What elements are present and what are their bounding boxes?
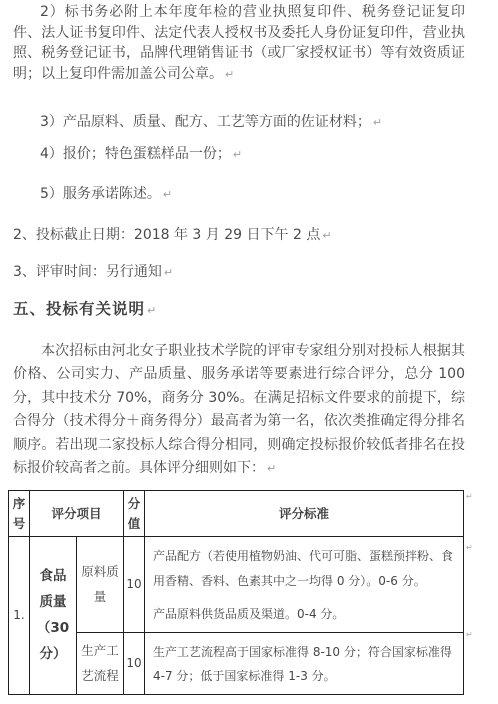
- paragraph-text: 3）产品原料、质量、配方、工艺等方面的佐证材料；: [40, 114, 371, 130]
- return-mark: ↵: [322, 229, 331, 242]
- cell-item-raw-material-quality: 原料质量: [77, 537, 124, 633]
- table-row-production-process: 生产工艺流程 10 生产工艺流程高于国家标准得 8-10 分；符合国家标准得 4…: [9, 632, 464, 694]
- paragraph-text: 2）标书务必附上本年度年检的营业执照复印件、税务登记证复印件、法人证书复印件、法…: [13, 4, 465, 82]
- document-page: 2）标书务必附上本年度年检的营业执照复印件、税务登记证复印件、法人证书复印件、法…: [0, 0, 498, 704]
- heading-text: 五、投标有关说明: [13, 300, 145, 318]
- scoring-table: 序号 评分项目 分值 评分标准 1. 食品质量（30分） 原料质量 10 产品配…: [8, 490, 464, 695]
- table-row-end-mark: ↵: [466, 543, 473, 552]
- cell-score-value: 10: [124, 632, 145, 694]
- table-header-row: 序号 评分项目 分值 评分标准: [9, 491, 464, 537]
- return-mark: ↵: [225, 68, 234, 81]
- header-scoring-item: 评分项目: [30, 491, 124, 537]
- paragraph-review-time: 3、评审时间：另行通知↵: [13, 262, 465, 284]
- criteria-paragraph: 生产工艺流程高于国家标准得 8-10 分；符合国家标准得 4-7 分；低于国家标…: [153, 640, 455, 689]
- return-mark: ↵: [373, 116, 382, 129]
- return-mark: ↵: [147, 304, 157, 317]
- criteria-paragraph: 产品原料供货品质及渠道。0-4 分。: [153, 602, 455, 627]
- criteria-paragraph: 产品配方（若使用植物奶油、代可可脂、蛋糕预拌粉、食用香精、香料、色素其中之一均得…: [153, 544, 455, 593]
- section-heading-bid-notes: 五、投标有关说明↵: [13, 297, 157, 319]
- return-mark: ↵: [267, 462, 276, 475]
- return-mark: ↵: [233, 148, 242, 161]
- paragraph-text: 2、投标截止日期：2018 年 3 月 29 日下午 2 点: [13, 227, 320, 243]
- header-scoring-standard: 评分标准: [145, 491, 464, 537]
- cell-row-number: 1.: [9, 537, 30, 695]
- return-mark: ↵: [163, 188, 172, 201]
- paragraph-text: 4）报价；特色蛋糕样品一份；: [40, 146, 231, 162]
- cell-category-food-quality: 食品质量（30分）: [30, 537, 77, 695]
- paragraph-text: 本次招标由河北女子职业技术学院的评审专家组分别对投标人根据其价格、公司实力、产品…: [13, 343, 465, 476]
- return-mark: ↵: [164, 266, 173, 279]
- paragraph-item-4-quote-sample: 4）报价；特色蛋糕样品一份；↵: [13, 144, 465, 166]
- table-row-end-mark: ↵: [466, 492, 473, 501]
- paragraph-required-copies: 2）标书务必附上本年度年检的营业执照复印件、税务登记证复印件、法人证书复印件、法…: [13, 2, 465, 86]
- paragraph-item-3-materials: 3）产品原料、质量、配方、工艺等方面的佐证材料；↵: [13, 112, 465, 134]
- paragraph-scoring-explanation: 本次招标由河北女子职业技术学院的评审专家组分别对投标人根据其价格、公司实力、产品…: [13, 340, 465, 480]
- header-score-value: 分值: [124, 491, 145, 537]
- cell-criteria: 产品配方（若使用植物奶油、代可可脂、蛋糕预拌粉、食用香精、香料、色素其中之一均得…: [145, 537, 464, 633]
- paragraph-item-5-service-promise: 5）服务承诺陈述。↵: [13, 184, 465, 206]
- paragraph-text: 5）服务承诺陈述。: [40, 186, 161, 202]
- header-serial-number: 序号: [9, 491, 30, 537]
- cell-criteria: 生产工艺流程高于国家标准得 8-10 分；符合国家标准得 4-7 分；低于国家标…: [145, 632, 464, 694]
- cell-item-production-process: 生产工艺流程: [77, 632, 124, 694]
- cell-score-value: 10: [124, 537, 145, 633]
- table-row-raw-material: 1. 食品质量（30分） 原料质量 10 产品配方（若使用植物奶油、代可可脂、蛋…: [9, 537, 464, 633]
- paragraph-bid-deadline: 2、投标截止日期：2018 年 3 月 29 日下午 2 点↵: [13, 225, 465, 247]
- paragraph-text: 3、评审时间：另行通知: [13, 264, 162, 280]
- table-row-end-mark: ↵: [466, 630, 473, 639]
